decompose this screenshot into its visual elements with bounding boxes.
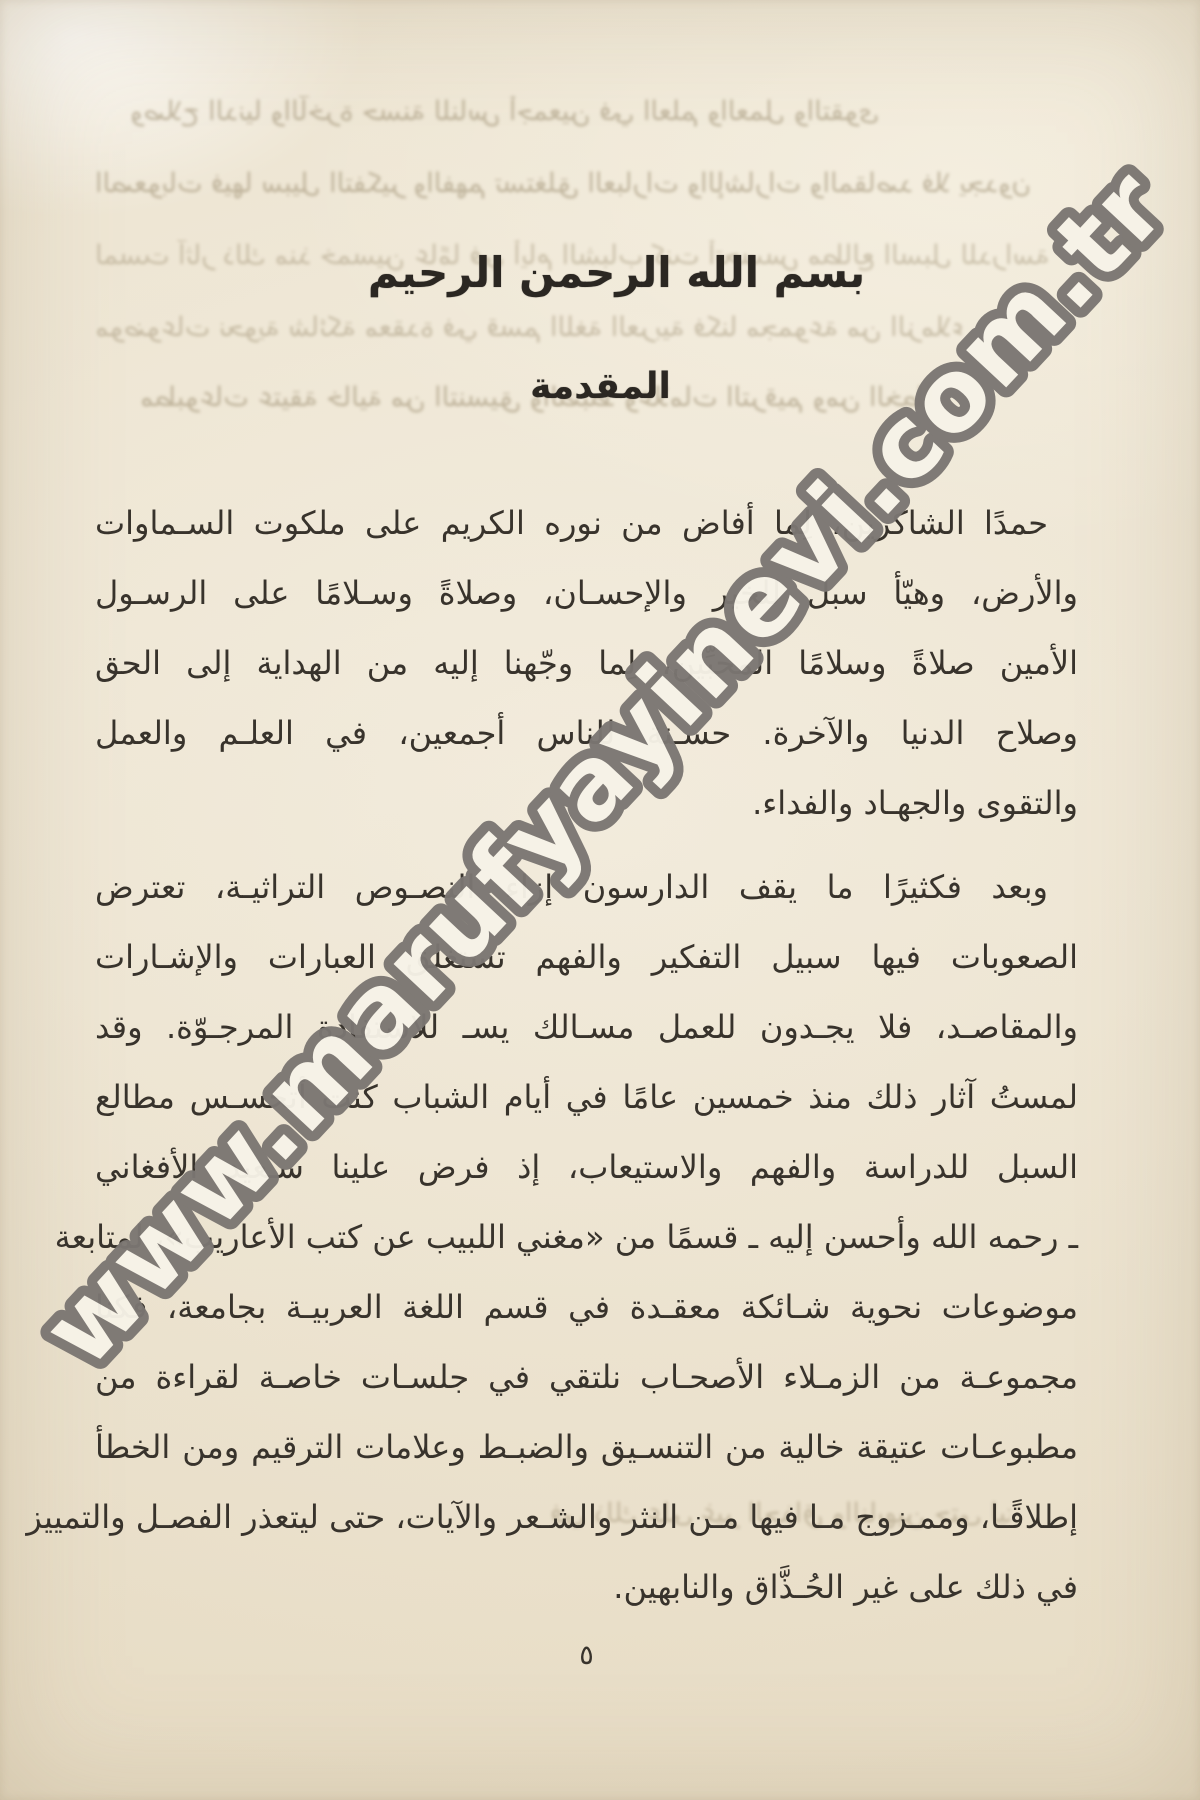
body-text-line: والأرض، وهيّأ سبل للخير والإحسـان، وصلاة… xyxy=(95,558,1078,628)
body-text-line: موضوعات نحوية شـائكة معقـدة في قسم اللغة… xyxy=(95,1272,1078,1342)
paragraph-1: حمدًا الشاكرين، لِما أفاض من نوره الكريم… xyxy=(95,488,1078,838)
body-text-line: في ذلك على غير الحُـذَّاق والنابهين. xyxy=(95,1552,1078,1622)
body-text-line: والتقوى والجهـاد والفداء. xyxy=(95,768,1078,838)
body-text-line: إطلاقًـا، وممـزوج مـا فيها مـن النثر وال… xyxy=(95,1482,1078,1552)
body-text-line: مجموعـة من الزمـلاء الأصحـاب نلتقي في جل… xyxy=(95,1342,1078,1412)
body-text-line: الصعوبات فيها سبيل التفكير والفهم تستغلق… xyxy=(95,922,1078,992)
body-text-line: لمستُ آثار ذلك منذ خمسين عامًا في أيام ا… xyxy=(95,1062,1078,1132)
body-text-line: والمقاصـد، فلا يجـدون للعمل مسـالك يسـ ل… xyxy=(95,992,1078,1062)
body-text-line: السبل للدراسة والفهم والاستيعاب، إذ فرض … xyxy=(95,1132,1078,1202)
body-text-line: حمدًا الشاكرين، لِما أفاض من نوره الكريم… xyxy=(95,488,1078,558)
body-text-line: مطبوعـات عتيقة خالية من التنسـيق والضبـط… xyxy=(95,1412,1078,1482)
paragraph-2: وبعد فكثيرًا ما يقف الدارسون إزاء النصـو… xyxy=(95,852,1078,1622)
bleed-through-line: موضوعات نحوية شائكة معقدة في قسم اللغة ا… xyxy=(95,312,1080,356)
page-number: ٥ xyxy=(95,1640,1078,1671)
body-text-line: ـ رحمه الله وأحسن إليه ـ قسمًا من «مغني … xyxy=(95,1202,1078,1272)
bleed-through-line: وصلاح الدنيا والآخرة حسنة للناس أجمعين ف… xyxy=(130,96,900,140)
bismillah-heading: بسم الله الرحمن الرحيم xyxy=(125,248,1108,297)
body-text-line: وصلاح الدنيا والآخرة. حسـنة للناس أجمعين… xyxy=(95,698,1078,768)
body-text: حمدًا الشاكرين، لِما أفاض من نوره الكريم… xyxy=(95,488,1078,1622)
section-title: المقدمة xyxy=(109,366,1092,407)
bleed-through-line: الصعوبات فيها سبيل التفكير والفهم تستغلق… xyxy=(95,168,1080,212)
scanned-book-page: وصلاح الدنيا والآخرة حسنة للناس أجمعين ف… xyxy=(0,0,1200,1800)
body-text-line: وبعد فكثيرًا ما يقف الدارسون إزاء النصـو… xyxy=(95,852,1078,922)
body-text-line: الأمين صلاةً وسلامًا المحبِّين، لِما وجّ… xyxy=(95,628,1078,698)
